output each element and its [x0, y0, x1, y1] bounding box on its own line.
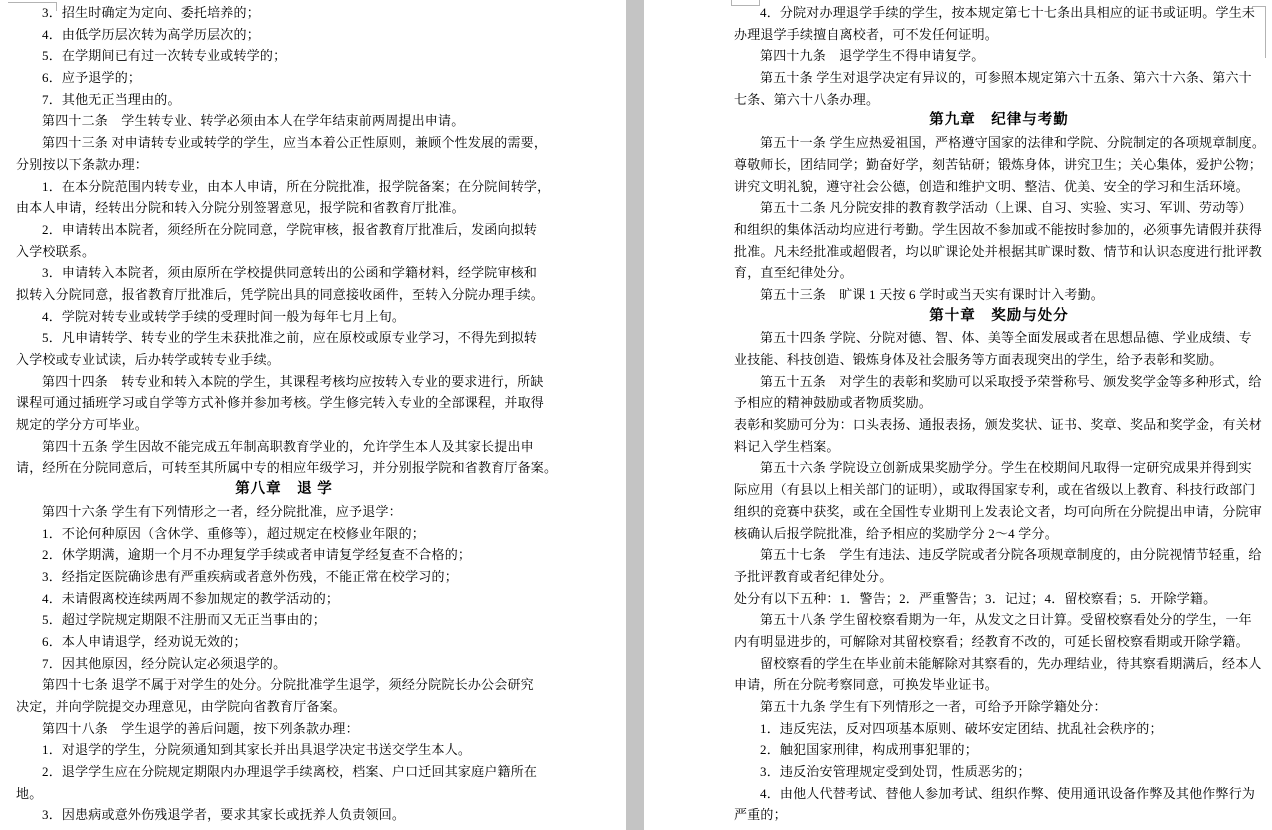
text-line: 讲究文明礼貌，遵守社会公德，创造和维护文明、整洁、优美、安全的学习和生活环境。 [734, 176, 1264, 198]
text-line: 和组织的集体活动均应进行考勤。学生因故不参加或不能按时参加的，必须事先请假并获得 [734, 219, 1264, 241]
text-line: 4．由低学历层次转为高学历层次的； [16, 24, 552, 46]
text-line: 规定的学分方可毕业。 [16, 414, 552, 436]
section-heading: 第九章 纪律与考勤 [734, 110, 1264, 132]
text-line: 料记入学生档案。 [734, 436, 1264, 458]
text-line: 第四十八条 学生退学的善后问题，按下列条款办理： [16, 718, 552, 740]
text-line: 请，经所在分院同意后，可转至其所属中专的相应年级学习，并分别报学院和省教育厅备案… [16, 457, 552, 479]
text-line: 第四十四条 转专业和转入本院的学生，其课程考核均应按转入专业的要求进行，所缺 [16, 371, 552, 393]
text-line: 拟转入分院同意，报省教育厅批准后，凭学院出具的同意接收函件，至转入分院办理手续。 [16, 284, 552, 306]
text-line: 决定，并向学院提交办理意见，由学院向省教育厅备案。 [16, 696, 552, 718]
text-line: 5．凡申请转学、转专业的学生未获批准之前，应在原校或原专业学习，不得先到拟转 [16, 327, 552, 349]
text-line: 第五十三条 旷课 1 天按 6 学时或当天实有课时计入考勤。 [734, 284, 1264, 306]
text-line: 3．申请转入本院者，须由原所在学校提供同意转出的公函和学籍材料，经学院审核和 [16, 262, 552, 284]
text-line: 核确认后报学院批准，给予相应的奖励学分 2～4 学分。 [734, 523, 1264, 545]
text-line: 2．退学学生应在分院规定期限内办理退学手续离校，档案、户口迁回其家庭户籍所在 [16, 761, 552, 783]
text-line: 尊敬师长，团结同学；勤奋好学，刻苦钻研；锻炼身体，讲究卫生；关心集体，爱护公物； [734, 154, 1264, 176]
text-line: 地。 [16, 783, 552, 805]
text-line: 第五十七条 学生有违法、违反学院或者分院各项规章制度的，由分院视情节轻重，给 [734, 544, 1264, 566]
text-line: 4．由他人代替考试、替他人参加考试、组织作弊、使用通讯设备作弊及其他作弊行为 [734, 783, 1264, 805]
text-line: 予相应的精神鼓励或者物质奖励。 [734, 392, 1264, 414]
text-line: 育，直至纪律处分。 [734, 262, 1264, 284]
text-line: 3．因患病或意外伤残退学者，要求其家长或抚养人负责领回。 [16, 804, 552, 826]
text-line: 第五十二条 凡分院安排的教育教学活动（上课、自习、实验、实习、军训、劳动等） [734, 197, 1264, 219]
text-line: 分别按以下条款办理： [16, 154, 552, 176]
text-line: 4．分院对办理退学手续的学生，按本规定第七十七条出具相应的证书或证明。学生未 [734, 2, 1264, 24]
text-line: 1．对退学的学生，分院须通知到其家长并出具退学决定书送交学生本人。 [16, 739, 552, 761]
text-line: 3．经指定医院确诊患有严重疾病或者意外伤残，不能正常在校学习的； [16, 566, 552, 588]
text-line: 1．在本分院范围内转专业，由本人申请，所在分院批准，报学院备案；在分院间转学， [16, 176, 552, 198]
text-line: 4．学院对转专业或转学手续的受理时间一般为每年七月上旬。 [16, 306, 552, 328]
section-heading: 第十章 奖励与处分 [734, 306, 1264, 328]
text-line: 4．未请假离校连续两周不参加规定的教学活动的； [16, 588, 552, 610]
text-line: 第五十六条 学院设立创新成果奖励学分。学生在校期间凡取得一定研究成果并得到实 [734, 457, 1264, 479]
section-heading: 第八章 退 学 [16, 479, 552, 501]
text-line: 第四十五条 学生因故不能完成五年制高职教育学业的，允许学生本人及其家长提出申 [16, 436, 552, 458]
text-line: 1．违反宪法，反对四项基本原则、破坏安定团结、扰乱社会秩序的； [734, 718, 1264, 740]
text-line: 6．本人申请退学，经劝说无效的； [16, 631, 552, 653]
text-line: 第四十七条 退学不属于对学生的处分。分院批准学生退学，须经分院院长办公会研究 [16, 674, 552, 696]
text-line: 7．其他无正当理由的。 [16, 89, 552, 111]
text-line: 批准。凡未经批准或超假者，均以旷课论处并根据其旷课时数、情节和认识态度进行批评教 [734, 241, 1264, 263]
text-line: 7．因其他原因，经分院认定必须退学的。 [16, 653, 552, 675]
text-line: 第四十三条 对申请转专业或转学的学生，应当本着公正性原则，兼顾个性发展的需要， [16, 132, 552, 154]
page-gutter [626, 0, 644, 830]
text-line: 5．在学期间已有过一次转专业或转学的； [16, 45, 552, 67]
text-line: 课程可通过插班学习或自学等方式补修并参加考核。学生修完转入专业的全部课程，并取得 [16, 392, 552, 414]
right-page-text-column: 4．分院对办理退学手续的学生，按本规定第七十七条出具相应的证书或证明。学生未办理… [644, 0, 1264, 826]
text-line: 组织的竞赛中获奖，或在全国性专业期刊上发表论文者，均可向所在分院提出申请，分院审 [734, 501, 1264, 523]
left-page: 3．招生时确定为定向、委托培养的；4．由低学历层次转为高学历层次的；5．在学期间… [0, 0, 626, 830]
text-line: 处分有以下五种：1．警告；2．严重警告；3．记过；4．留校察看；5．开除学籍。 [734, 588, 1264, 610]
text-line: 第五十条 学生对退学决定有异议的，可参照本规定第六十五条、第六十六条、第六十 [734, 67, 1264, 89]
text-line: 严重的； [734, 804, 1264, 826]
right-page: 4．分院对办理退学手续的学生，按本规定第七十七条出具相应的证书或证明。学生未办理… [644, 0, 1272, 830]
text-line: 业技能、科技创造、锻炼身体及社会服务等方面表现突出的学生，给予表彰和奖励。 [734, 349, 1264, 371]
text-line: 第五十五条 对学生的表彰和奖励可以采取授予荣誉称号、颁发奖学金等多种形式，给 [734, 371, 1264, 393]
text-line: 际应用（有县以上相关部门的证明），或取得国家专利，或在省级以上教育、科技行政部门 [734, 479, 1264, 501]
text-line: 申请，所在分院考察同意，可换发毕业证书。 [734, 674, 1264, 696]
text-line: 第五十八条 学生留校察看期为一年，从发文之日计算。受留校察看处分的学生，一年 [734, 609, 1264, 631]
text-line: 第四十二条 学生转专业、转学必须由本人在学年结束前两周提出申请。 [16, 110, 552, 132]
text-line: 2．申请转出本院者，须经所在分院同意，学院审核，报省教育厅批准后，发函向拟转 [16, 219, 552, 241]
text-line: 办理退学手续擅自离校者，可不发任何证明。 [734, 24, 1264, 46]
text-line: 第五十九条 学生有下列情形之一者，可给予开除学籍处分： [734, 696, 1264, 718]
text-line: 3．违反治安管理规定受到处罚，性质恶劣的； [734, 761, 1264, 783]
text-line: 第四十六条 学生有下列情形之一者，经分院批准，应予退学： [16, 501, 552, 523]
text-line: 第五十四条 学院、分院对德、智、体、美等全面发展或者在思想品德、学业成绩、专 [734, 327, 1264, 349]
text-line: 第四十九条 退学学生不得申请复学。 [734, 45, 1264, 67]
text-line: 5．超过学院规定期限不注册而又无正当事由的； [16, 609, 552, 631]
text-line: 2．触犯国家刑律，构成刑事犯罪的； [734, 739, 1264, 761]
text-line: 1．不论何种原因（含休学、重修等），超过规定在校修业年限的； [16, 523, 552, 545]
text-line: 内有明显进步的，可解除对其留校察看；经教育不改的，可延长留校察看期或开除学籍。 [734, 631, 1264, 653]
text-line: 第五十一条 学生应热爱祖国，严格遵守国家的法律和学院、分院制定的各项规章制度。 [734, 132, 1264, 154]
text-line: 2．休学期满，逾期一个月不办理复学手续或者申请复学经复查不合格的； [16, 544, 552, 566]
text-line: 留校察看的学生在毕业前未能解除对其察看的，先办理结业，待其察看期满后，经本人 [734, 653, 1264, 675]
text-line: 入学校或专业试读，后办转学或转专业手续。 [16, 349, 552, 371]
text-line: 入学校联系。 [16, 241, 552, 263]
text-line: 七条、第六十八条办理。 [734, 89, 1264, 111]
left-page-text-column: 3．招生时确定为定向、委托培养的；4．由低学历层次转为高学历层次的；5．在学期间… [0, 0, 552, 826]
text-line: 6．应予退学的； [16, 67, 552, 89]
text-line: 由本人申请，经转出分院和转入分院分别签署意见，报学院和省教育厅批准。 [16, 197, 552, 219]
text-line: 予批评教育或者纪律处分。 [734, 566, 1264, 588]
text-line: 3．招生时确定为定向、委托培养的； [16, 2, 552, 24]
text-line: 表彰和奖励可分为：口头表扬、通报表扬，颁发奖状、证书、奖章、奖品和奖学金，有关材 [734, 414, 1264, 436]
